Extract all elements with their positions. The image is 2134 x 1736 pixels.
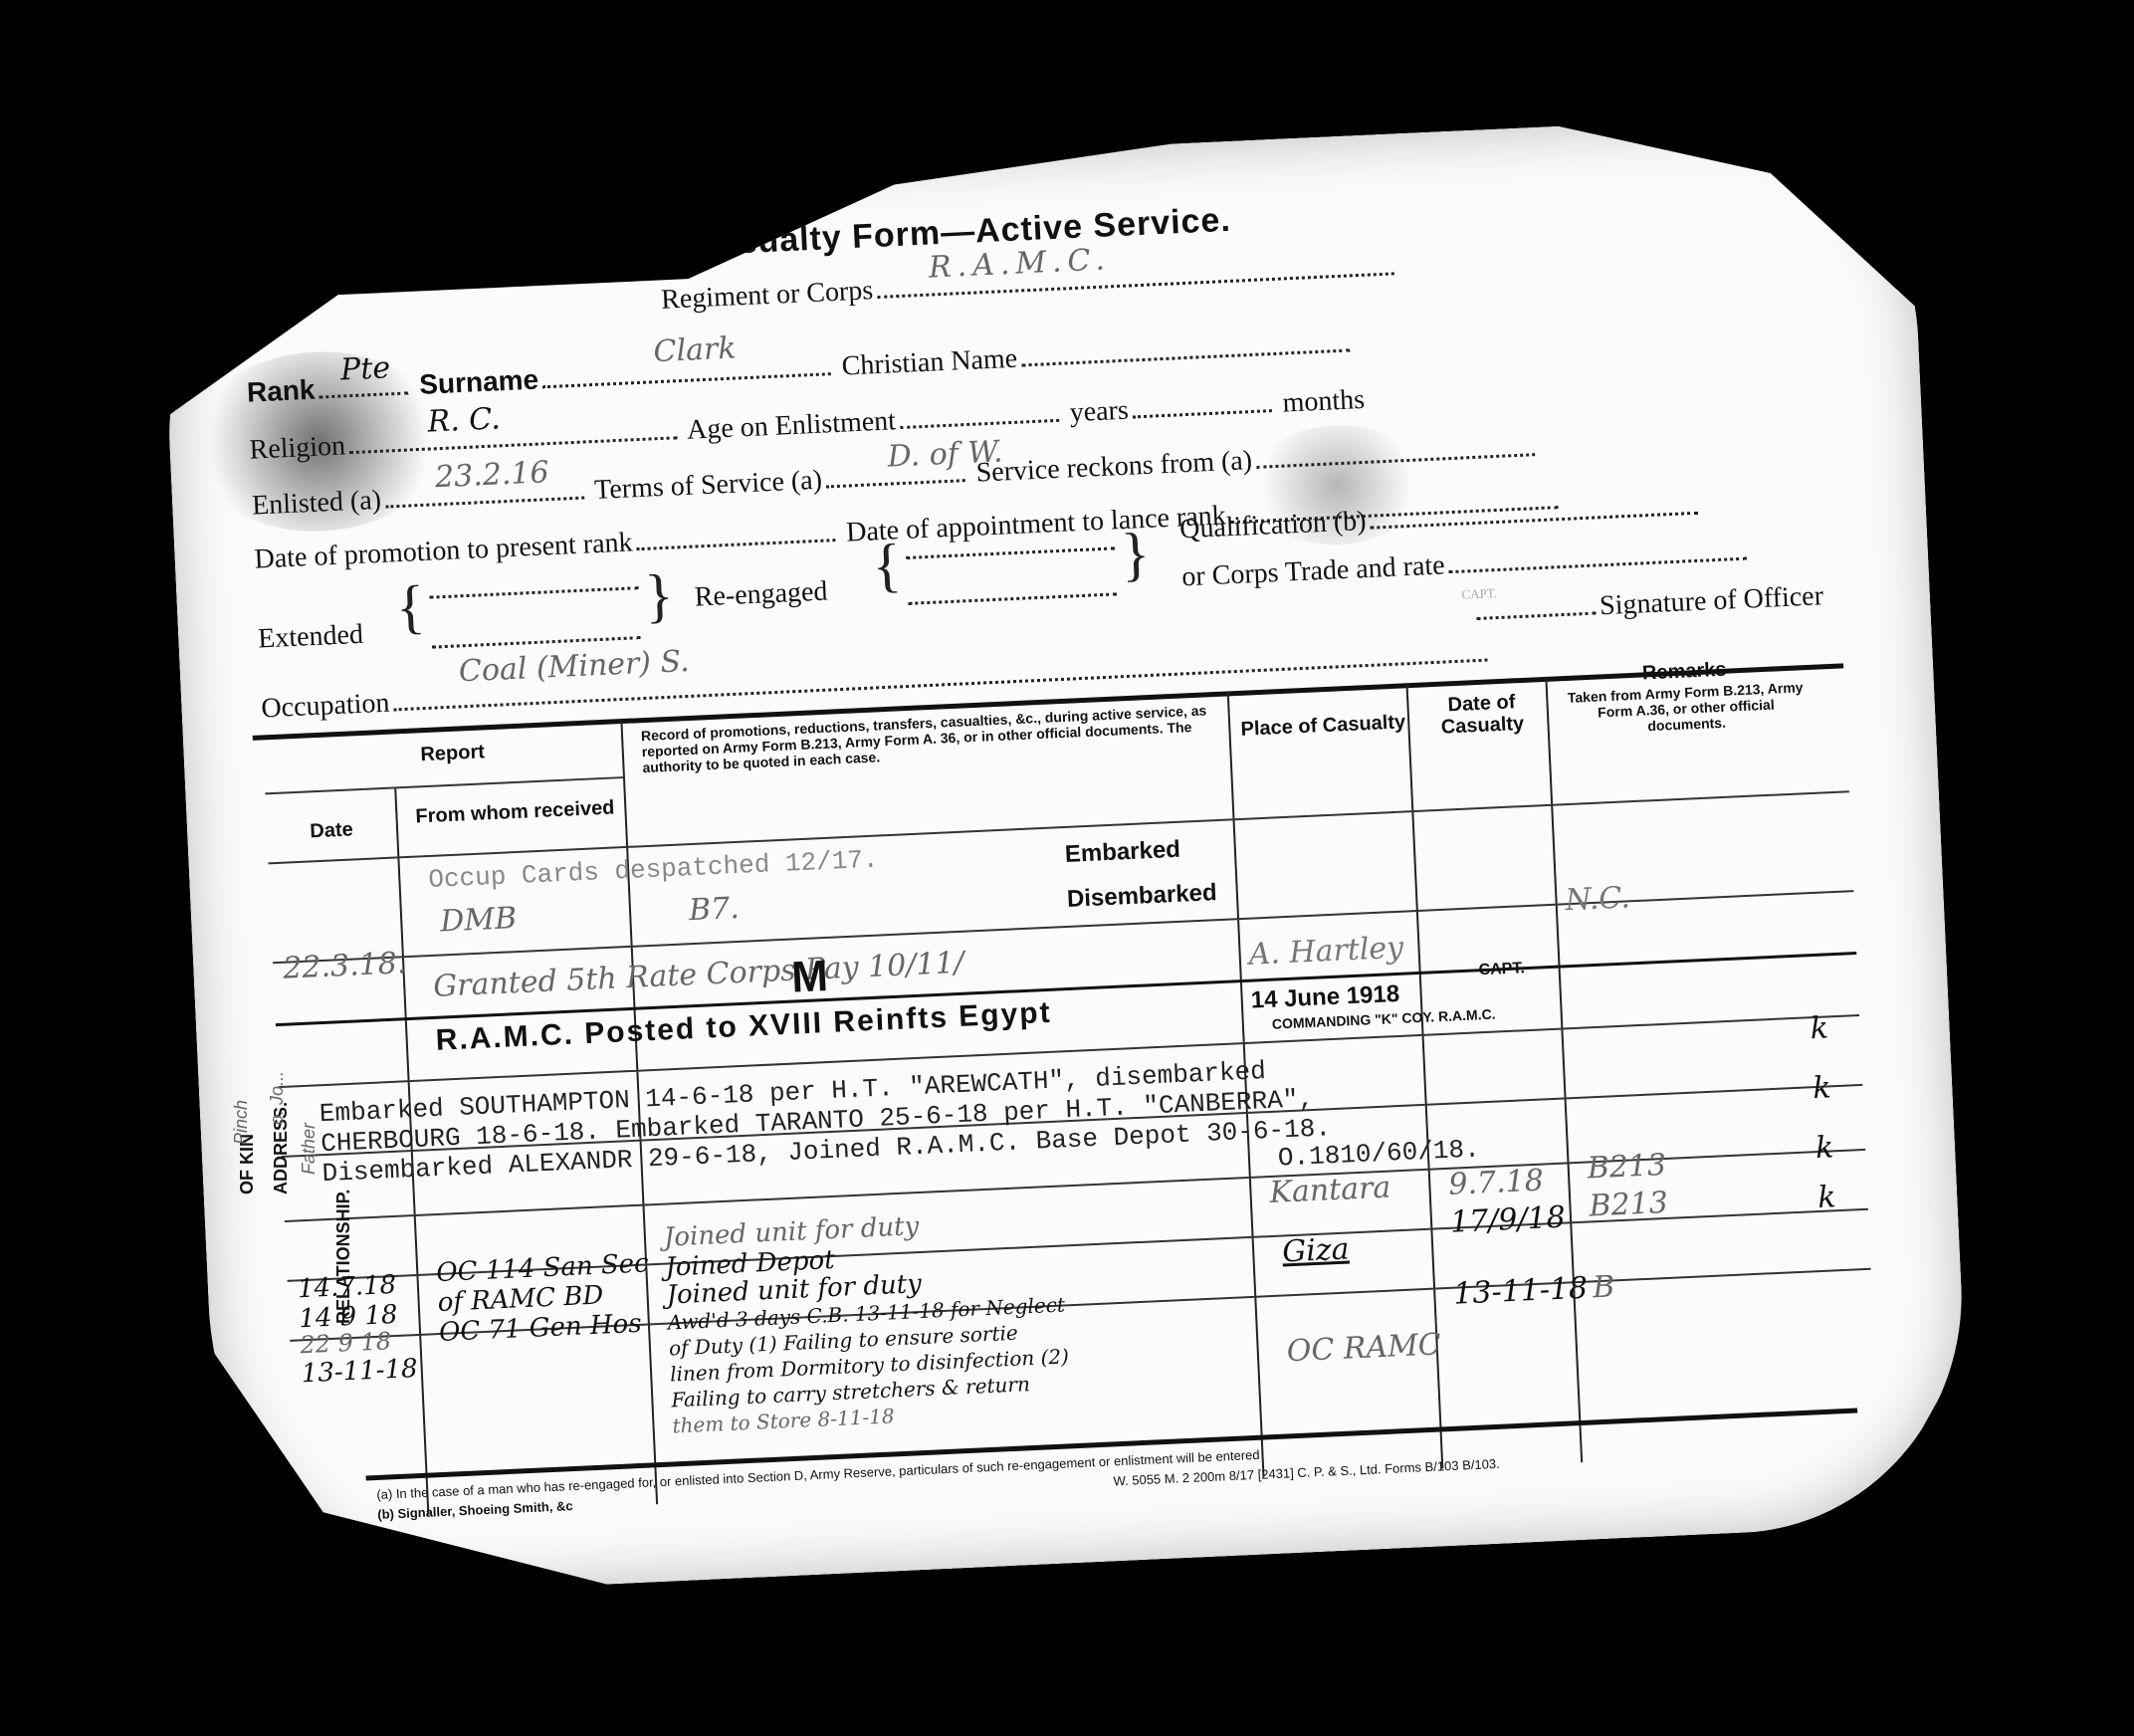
extended-field-1 (429, 586, 638, 599)
stamp-date: 14 June 1918 (1250, 980, 1400, 1015)
posted-stamp: R.A.M.C. Posted to XVIII Reinfts Egypt (435, 996, 1052, 1058)
officer-signature: A. Hartley (1248, 931, 1404, 973)
surname-value: Clark (653, 330, 737, 369)
relationship-label: RELATIONSHIP. (333, 1190, 354, 1324)
casualty-form-card: Co Regimental asualty Form—Active Servic… (158, 110, 1973, 1602)
embarked-label: Embarked (1064, 836, 1180, 869)
date-casualty-header: Date of Casualty (1416, 690, 1548, 740)
date-header: Date (267, 816, 397, 844)
trade-row: or Corps Trade and rate (1181, 536, 1752, 593)
giza-entry: Giza (1281, 1231, 1350, 1269)
footer-rule (366, 1408, 1858, 1480)
signature-label: Signature of Officer (1472, 580, 1824, 628)
place-header: Place of Casualty (1238, 711, 1408, 741)
reengaged-label: Re-engaged (694, 576, 828, 614)
record-header: Record of promotions, reductions, transf… (641, 702, 1220, 775)
enlisted-value: 23.2.16 (434, 455, 549, 495)
corner-labels: Co Regimental (1719, 113, 1840, 166)
kantara-entry: Kantara (1269, 1171, 1391, 1210)
regimental-label: Regimental (1720, 137, 1840, 166)
terms-value: D. of W. (887, 434, 1003, 474)
rank-value: Pte (339, 350, 391, 387)
extended-label: Extended (258, 619, 364, 656)
from-whom-header: From whom received (405, 796, 625, 828)
remarks-subheader: Taken from Army Form B.213, Army Form A.… (1556, 679, 1816, 739)
religion-value: R. C. (427, 401, 502, 439)
report-header: Report (382, 740, 523, 767)
reengaged-field-2 (908, 592, 1117, 605)
reengaged-field-1 (906, 546, 1115, 559)
footnote-b: (b) Signaller, Shoeing Smith, &c (377, 1498, 573, 1522)
entry-date: 22.3.18. (283, 946, 408, 986)
disembarked-label: Disembarked (1066, 879, 1217, 914)
